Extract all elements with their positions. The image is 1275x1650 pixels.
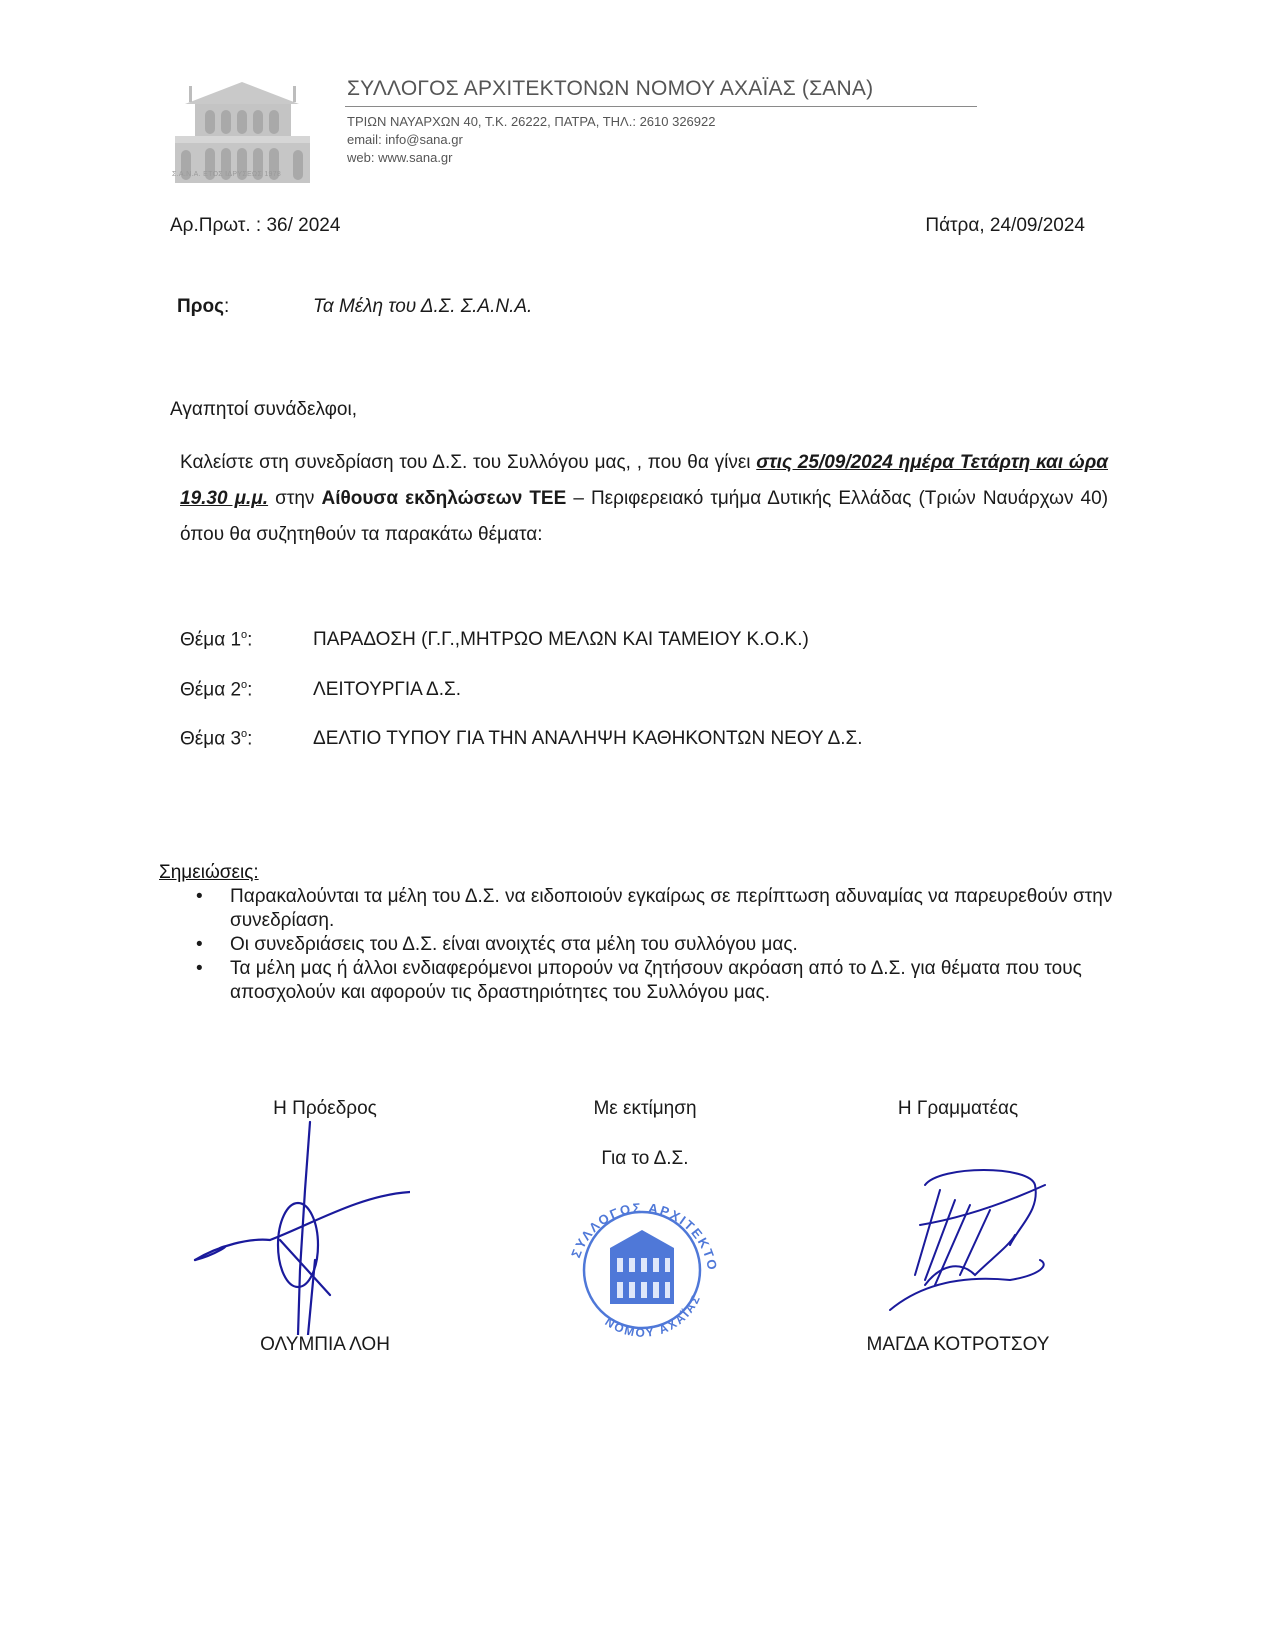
bullet-icon: • xyxy=(196,933,203,957)
agenda-item-text: ΔΕΛΤΙΟ ΤΥΠΟΥ ΓΙΑ ΤΗΝ ΑΝΑΛΗΨΗ ΚΑΘΗΚΟΝΤΩΝ … xyxy=(313,728,863,750)
neoclassical-building-icon xyxy=(175,78,310,183)
meeting-venue: Αίθουσα εκδηλώσεων ΤΕΕ xyxy=(321,488,566,509)
agenda-item-text: ΠΑΡΑΔΟΣΗ (Γ.Γ.,ΜΗΤΡΩΟ ΜΕΛΩΝ ΚΑΙ ΤΑΜΕΙΟΥ … xyxy=(313,629,809,651)
recipient-label: Προς: xyxy=(177,296,229,318)
organization-web: web: www.sana.gr xyxy=(347,150,453,165)
bullet-icon: • xyxy=(196,885,203,909)
recipient-colon: : xyxy=(224,296,229,317)
paragraph-text: στην xyxy=(268,488,321,509)
recipient-label-text: Προς xyxy=(177,296,224,317)
bullet-icon: • xyxy=(196,957,203,981)
agenda-item-text: ΛΕΙΤΟΥΡΓΙΑ Δ.Σ. xyxy=(313,679,461,701)
on-behalf-text: Για το Δ.Σ. xyxy=(545,1148,745,1170)
secretary-title: Η Γραμματέας xyxy=(858,1098,1058,1120)
agenda-item-label: Θέμα 3ο: xyxy=(180,728,252,750)
greeting: Αγαπητοί συνάδελφοι, xyxy=(170,399,357,421)
notes-list: •Παρακαλούνται τα μέλη του Δ.Σ. να ειδοπ… xyxy=(196,885,1116,1005)
paragraph-text: Καλείστε στη συνεδρίαση του Δ.Σ. του Συλ… xyxy=(180,452,756,473)
president-signature-icon xyxy=(190,1120,410,1335)
note-item: •Οι συνεδριάσεις του Δ.Σ. είναι ανοιχτές… xyxy=(196,933,1116,957)
header-divider xyxy=(345,106,977,107)
organization-name: ΣΥΛΛΟΓΟΣ ΑΡΧΙΤΕΚΤΟΝΩΝ ΝΟΜΟΥ ΑΧΑΪΑΣ (ΣΑΝΑ… xyxy=(347,77,873,101)
recipient-value: Τα Μέλη του Δ.Σ. Σ.Α.Ν.Α. xyxy=(313,296,532,318)
secretary-signature-icon xyxy=(880,1165,1060,1315)
invitation-paragraph: Καλείστε στη συνεδρίαση του Δ.Σ. του Συλ… xyxy=(180,445,1108,553)
note-item: •Τα μέλη μας ή άλλοι ενδιαφερόμενοι μπορ… xyxy=(196,957,1116,1005)
closing-text: Με εκτίμηση xyxy=(545,1098,745,1120)
agenda-item-label: Θέμα 1ο: xyxy=(180,629,252,651)
note-item: •Παρακαλούνται τα μέλη του Δ.Σ. να ειδοπ… xyxy=(196,885,1116,933)
secretary-name: ΜΑΓΔΑ ΚΟΤΡΟΤΣΟΥ xyxy=(838,1334,1078,1356)
association-stamp-icon: ΣΥΛΛΟΓΟΣ ΑΡΧΙΤΕΚΤΟΝΩΝ ΝΟΜΟΥ ΑΧΑΪΑΣ xyxy=(555,1178,730,1353)
logo-caption: Σ.Α.Ν.Α. ΕΤΟΣ ΙΔΡΥΣΕΩΣ 1978 xyxy=(172,171,281,178)
organization-email: email: info@sana.gr xyxy=(347,132,463,147)
president-name: ΟΛΥΜΠΙΑ ΛΟΗ xyxy=(210,1334,440,1356)
protocol-number: Αρ.Πρωτ. : 36/ 2024 xyxy=(170,215,340,237)
notes-title: Σημειώσεις: xyxy=(159,862,259,884)
president-title: Η Πρόεδρος xyxy=(225,1098,425,1120)
agenda-item-label: Θέμα 2ο: xyxy=(180,679,252,701)
place-date: Πάτρα, 24/09/2024 xyxy=(925,215,1085,237)
organization-address: ΤΡΙΩΝ ΝΑΥΑΡΧΩΝ 40, Τ.Κ. 26222, ΠΑΤΡΑ, ΤΗ… xyxy=(347,114,715,129)
